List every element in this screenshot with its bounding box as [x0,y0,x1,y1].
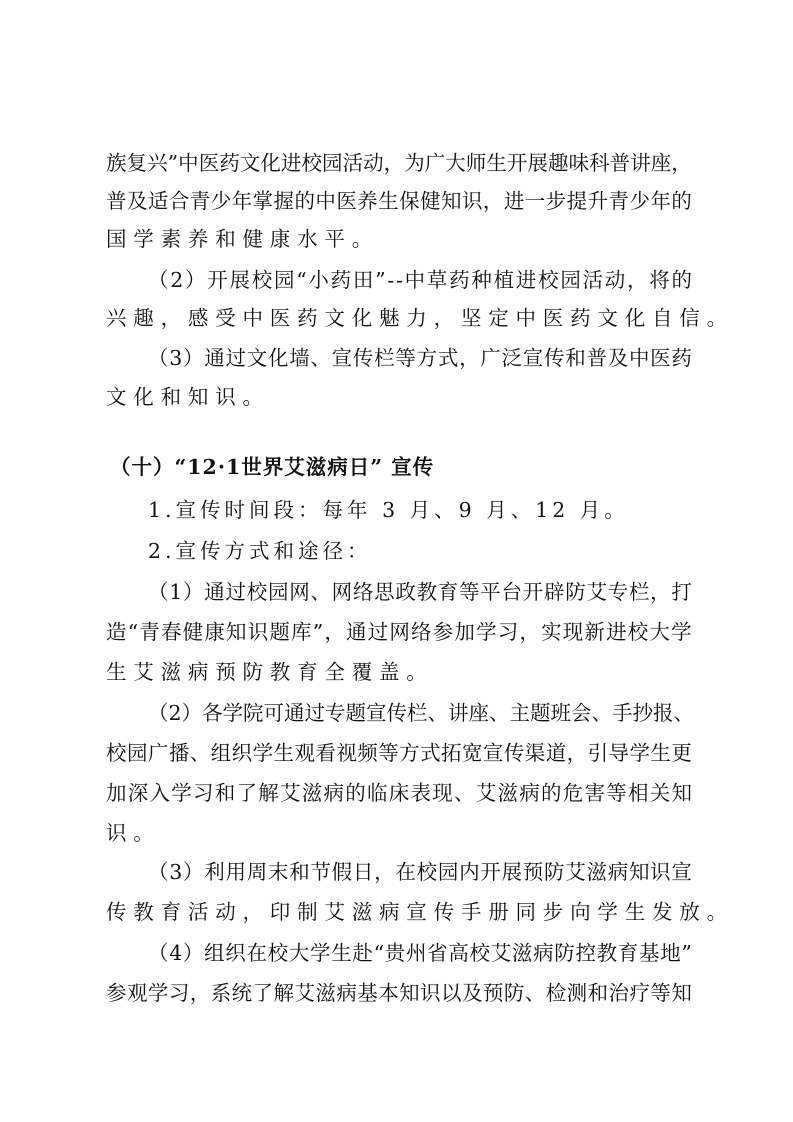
list-item-line: （2）开展校园“小药田”--中草药种植进校园活动，将的 [148,265,692,295]
method-line: 传教育活动，印制艾滋病宣传手册同步向学生发放。 [106,897,692,927]
period-line: 1.宣传时间段：每年 3 月、9 月、12 月。 [148,495,692,525]
list-item-line: 兴趣，感受中医药文化魅力，坚定中医药文化自信。 [106,303,692,333]
method-line: （3）利用周末和节假日，在校园内开展预防艾滋病知识宣 [148,857,692,887]
document-page: 族复兴”中医药文化进校园活动，为广大师生开展趣味科普讲座， 普及适合青少年掌握的… [0,0,793,1122]
method-line: 参观学习，系统了解艾滋病基本知识以及预防、检测和治疗等知 [106,978,692,1008]
method-line: （2）各学院可通过专题宣传栏、讲座、主题班会、手抄报、 [148,698,692,728]
method-line: 校园广播、组织学生观看视频等方式拓宽宣传渠道，引导学生更 [106,738,692,768]
section-heading: （十）“12·1世界艾滋病日” 宣传 [110,451,434,483]
method-line: 造“青春健康知识题库”，通过网络参加学习，实现新进校大学 [106,617,692,647]
method-line: （4）组织在校大学生赴“贵州省高校艾滋病防控教育基地” [148,938,692,968]
list-item-line: （3）通过文化墙、宣传栏等方式，广泛宣传和普及中医药 [148,343,692,373]
method-line: 生艾滋病预防教育全覆盖。 [106,657,692,687]
paragraph-line: 普及适合青少年掌握的中医养生保健知识，进一步提升青少年的 [106,186,692,216]
list-item-line: 文化和知识。 [106,382,692,412]
paragraph-line: 族复兴”中医药文化进校园活动，为广大师生开展趣味科普讲座， [106,148,692,178]
method-line: （1）通过校园网、网络思政教育等平台开辟防艾专栏，打 [148,577,692,607]
method-line: 识。 [106,818,692,848]
paragraph-line: 国学素养和健康水平。 [106,224,692,254]
method-line: 加深入学习和了解艾滋病的临床表现、艾滋病的危害等相关知 [106,778,692,808]
methods-title: 2.宣传方式和途径： [148,536,692,566]
